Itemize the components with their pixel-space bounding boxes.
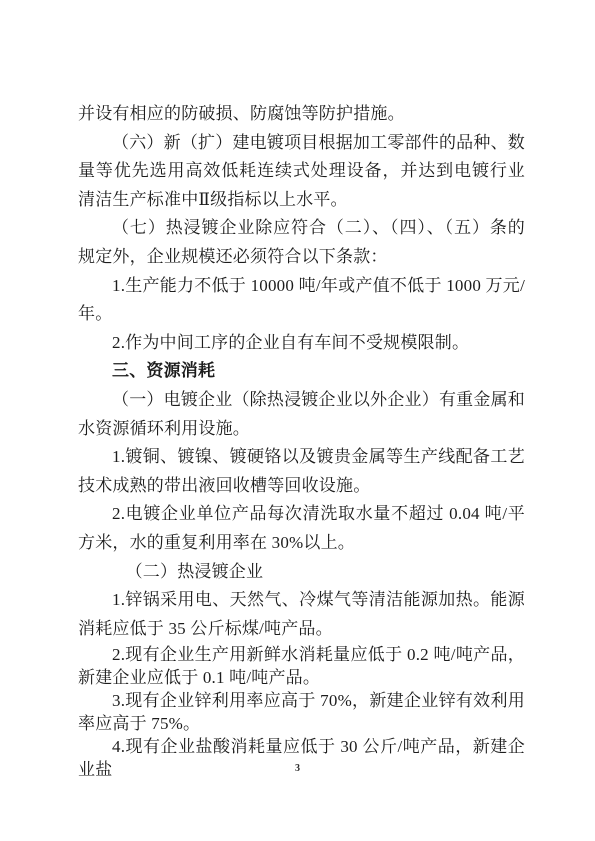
list-item: 2.作为中间工序的企业自有车间不受规模限制。 [78, 329, 525, 358]
document-page: 并设有相应的防破损、防腐蚀等防护措施。 （六）新（扩）建电镀项目根据加工零部件的… [0, 0, 595, 841]
document-body: 并设有相应的防破损、防腐蚀等防护措施。 （六）新（扩）建电镀项目根据加工零部件的… [78, 100, 525, 781]
page-number: 3 [0, 763, 595, 774]
section-heading: 三、资源消耗 [78, 357, 525, 386]
paragraph: （六）新（扩）建电镀项目根据加工零部件的品种、数量等优先选用高效低耗连续式处理设… [78, 129, 525, 215]
sub-heading: （二）热浸镀企业 [78, 558, 525, 587]
list-item: 3.现有企业锌利用率应高于 70%，新建企业锌有效利用率应高于 75%。 [78, 689, 525, 735]
paragraph: 并设有相应的防破损、防腐蚀等防护措施。 [78, 100, 525, 129]
list-item: 1.镀铜、镀镍、镀硬铬以及镀贵金属等生产线配备工艺技术成熟的带出液回收槽等回收设… [78, 443, 525, 500]
list-item: 1.生产能力不低于 10000 吨/年或产值不低于 1000 万元/年。 [78, 272, 525, 329]
list-item: 2.现有企业生产用新鲜水消耗量应低于 0.2 吨/吨产品，新建企业应低于 0.1… [78, 643, 525, 689]
list-item: 1.锌锅采用电、天然气、冷煤气等清洁能源加热。能源消耗应低于 35 公斤标煤/吨… [78, 586, 525, 643]
paragraph: （一）电镀企业（除热浸镀企业以外企业）有重金属和水资源循环利用设施。 [78, 386, 525, 443]
list-item: 4.现有企业盐酸消耗量应低于 30 公斤/吨产品，新建企业盐 [78, 735, 525, 781]
paragraph: （七）热浸镀企业除应符合（二）、（四）、（五）条的规定外，企业规模还必须符合以下… [78, 214, 525, 271]
list-item: 2.电镀企业单位产品每次清洗取水量不超过 0.04 吨/平方米，水的重复利用率在… [78, 500, 525, 557]
